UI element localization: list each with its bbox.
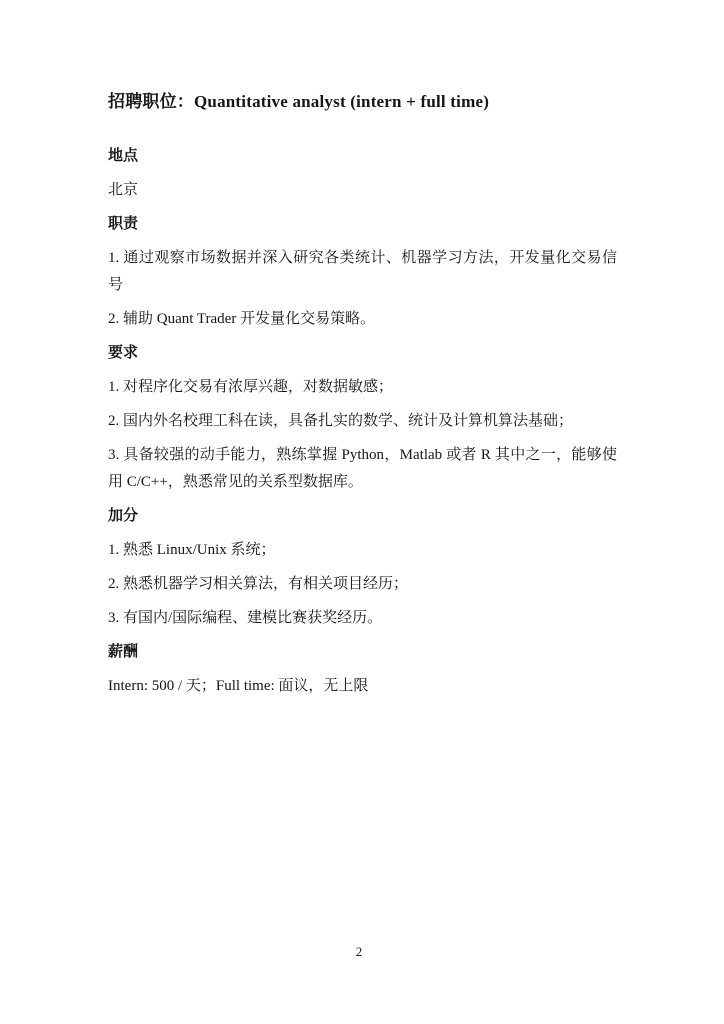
bonus-item-2: 2. 熟悉机器学习相关算法，有相关项目经历； xyxy=(108,571,617,598)
section-salary: 薪酬 Intern: 500 / 天；Full time: 面议，无上限 xyxy=(108,639,617,700)
responsibility-item-2: 2. 辅助 Quant Trader 开发量化交易策略。 xyxy=(108,306,617,333)
requirement-item-3: 3. 具备较强的动手能力，熟练掌握 Python，Matlab 或者 R 其中之… xyxy=(108,442,617,496)
section-location: 地点 北京 xyxy=(108,143,617,204)
section-heading-salary: 薪酬 xyxy=(108,639,617,666)
salary-text: Intern: 500 / 天；Full time: 面议，无上限 xyxy=(108,673,617,700)
document-page: 招聘职位：Quantitative analyst (intern + full… xyxy=(0,0,724,1024)
job-title: 招聘职位：Quantitative analyst (intern + full… xyxy=(108,90,617,114)
bonus-item-1: 1. 熟悉 Linux/Unix 系统； xyxy=(108,537,617,564)
section-responsibilities: 职责 1. 通过观察市场数据并深入研究各类统计、机器学习方法，开发量化交易信号 … xyxy=(108,211,617,333)
page-number: 2 xyxy=(0,942,718,962)
location-text: 北京 xyxy=(108,177,617,204)
section-bonus-points: 加分 1. 熟悉 Linux/Unix 系统； 2. 熟悉机器学习相关算法，有相… xyxy=(108,503,617,632)
responsibility-item-1: 1. 通过观察市场数据并深入研究各类统计、机器学习方法，开发量化交易信号 xyxy=(108,245,617,299)
section-requirements: 要求 1. 对程序化交易有浓厚兴趣，对数据敏感； 2. 国内外名校理工科在读，具… xyxy=(108,340,617,496)
section-heading-location: 地点 xyxy=(108,143,617,170)
bonus-item-3: 3. 有国内/国际编程、建模比赛获奖经历。 xyxy=(108,605,617,632)
section-heading-responsibilities: 职责 xyxy=(108,211,617,238)
section-heading-requirements: 要求 xyxy=(108,340,617,367)
section-heading-bonus: 加分 xyxy=(108,503,617,530)
requirement-item-2: 2. 国内外名校理工科在读，具备扎实的数学、统计及计算机算法基础； xyxy=(108,408,617,435)
requirement-item-1: 1. 对程序化交易有浓厚兴趣，对数据敏感； xyxy=(108,374,617,401)
